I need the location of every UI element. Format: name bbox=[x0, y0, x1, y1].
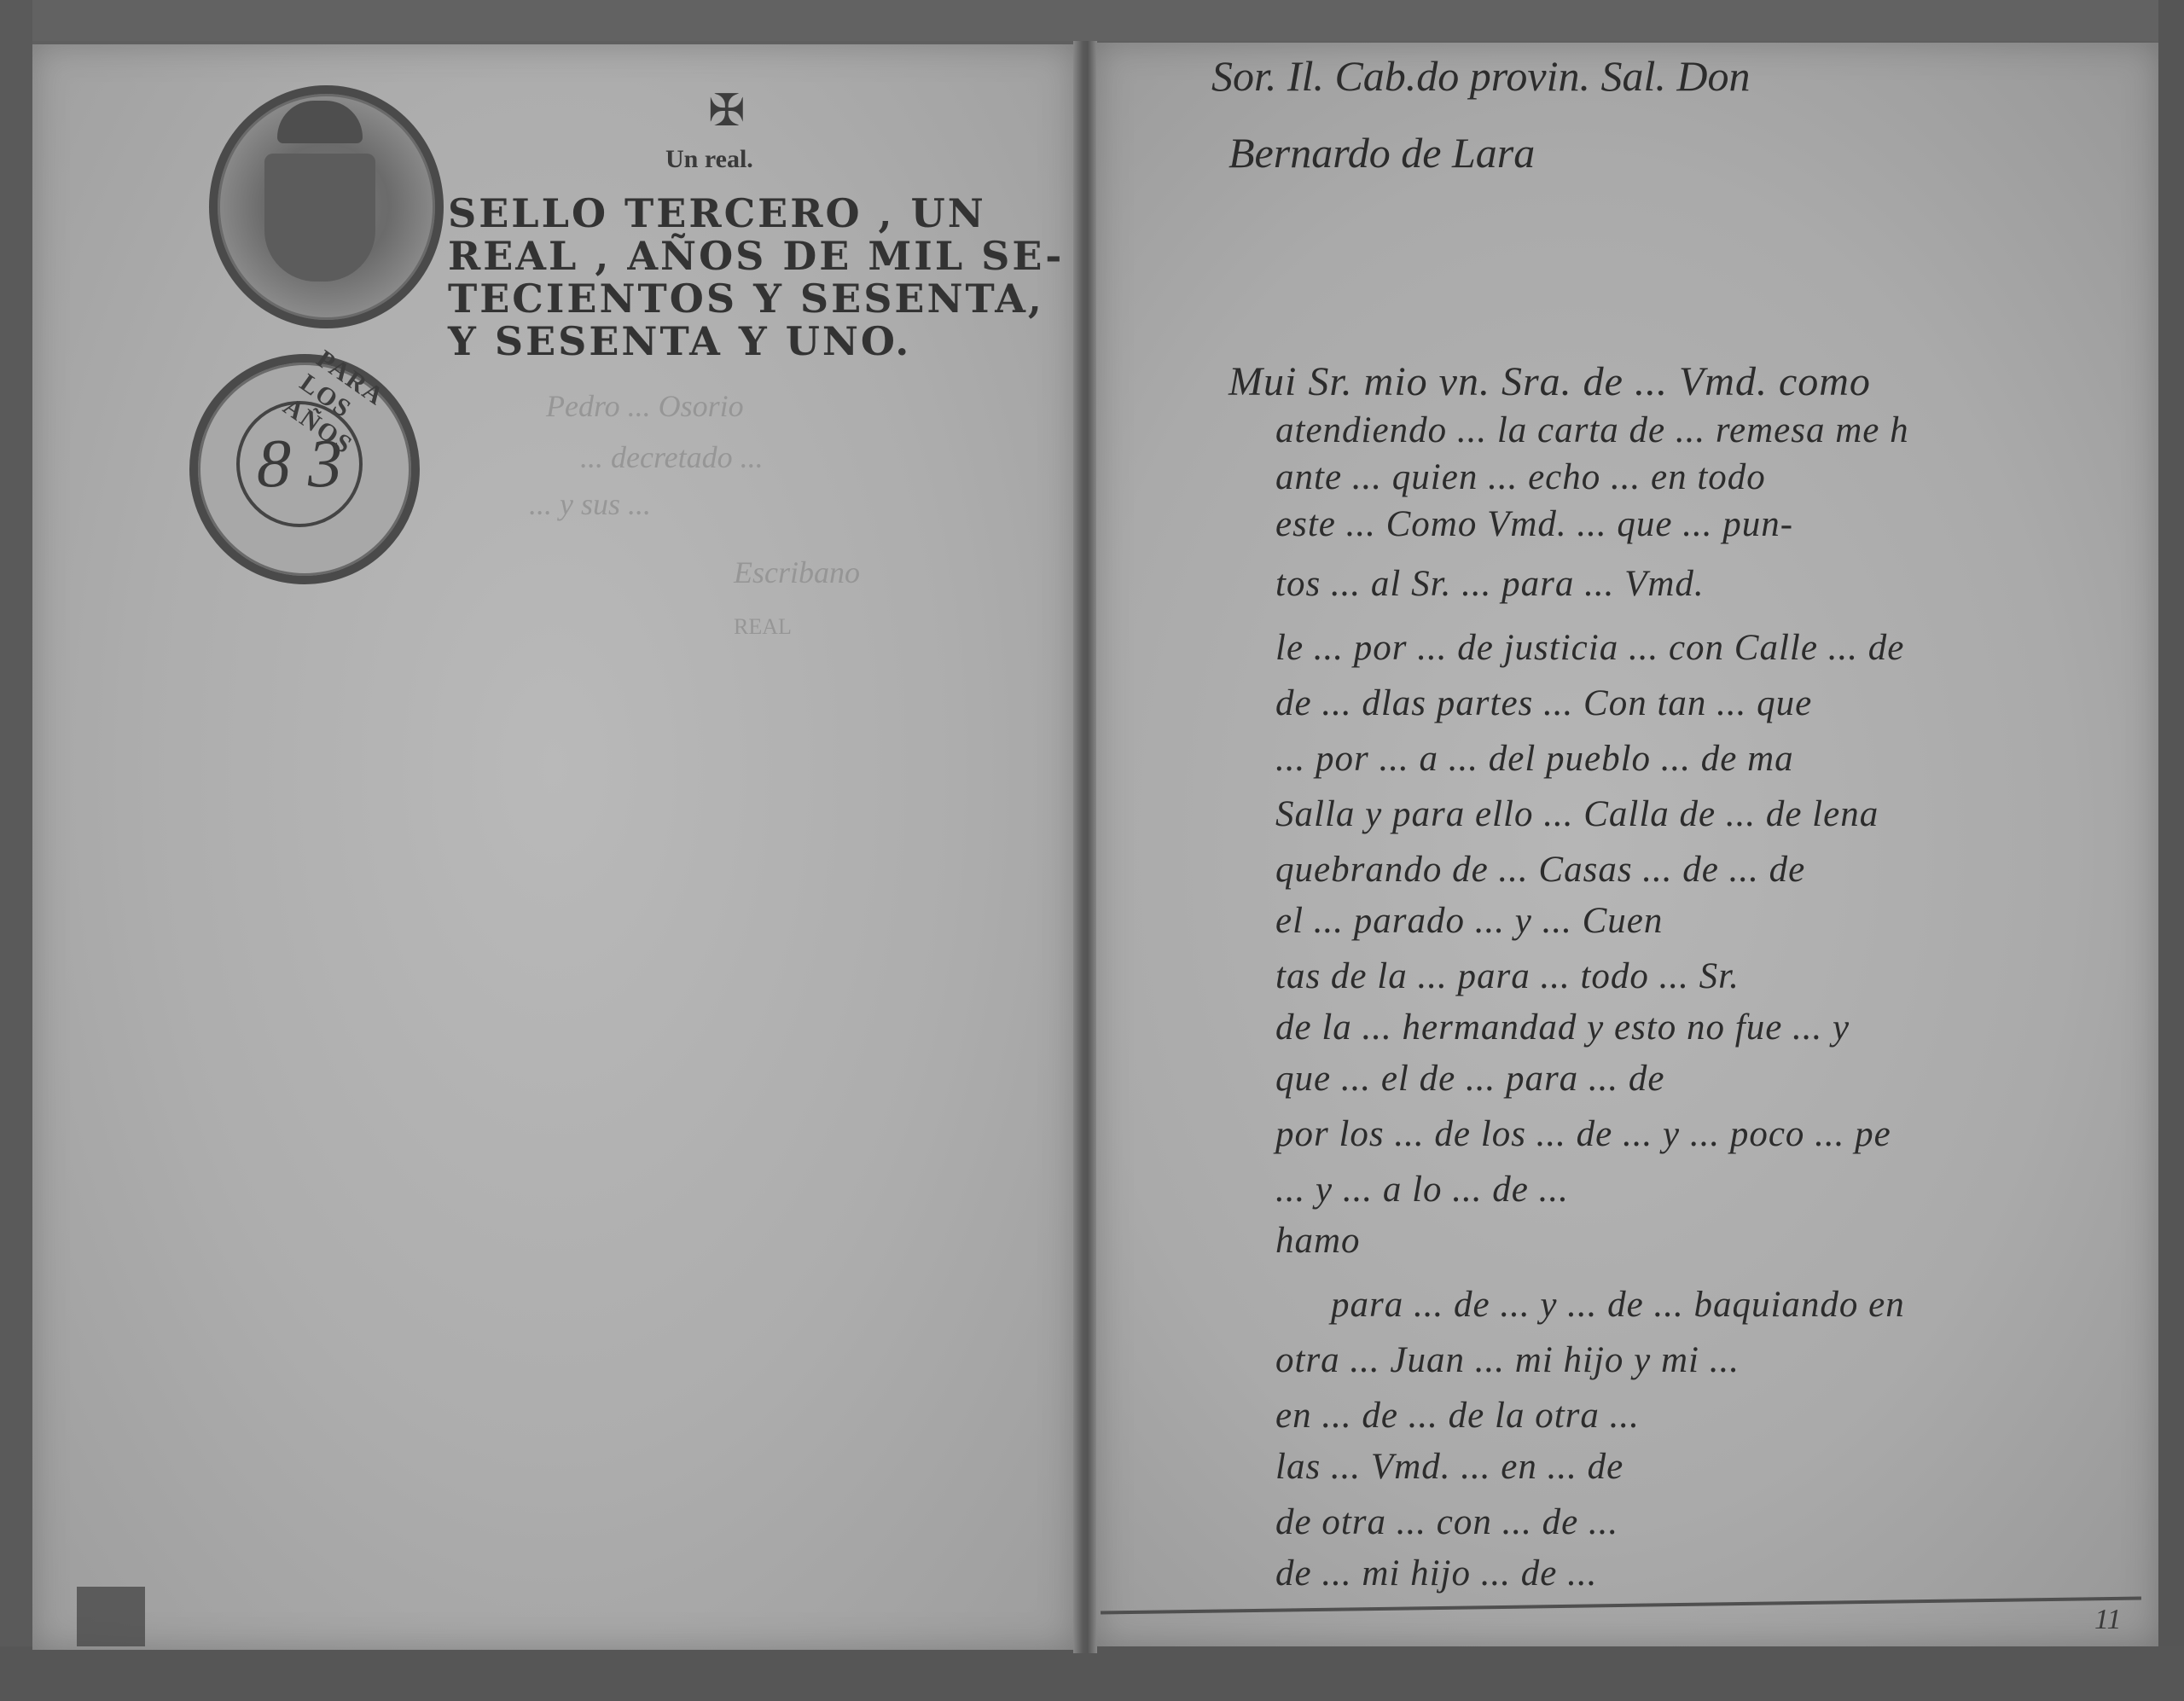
bleed-through-text: ... decretado ... bbox=[580, 439, 764, 475]
body-line: que ... el de ... para ... de bbox=[1275, 1058, 1665, 1100]
body-line: de otra ... con ... de ... bbox=[1275, 1501, 1618, 1543]
body-line: Salla y para ello ... Calla de ... de le… bbox=[1275, 793, 1879, 835]
body-line: tas de la ... para ... todo ... Sr. bbox=[1275, 955, 1740, 997]
royal-seal-icon bbox=[209, 85, 444, 328]
body-line: tos ... al Sr. ... para ... Vmd. bbox=[1275, 563, 1705, 605]
body-line: quebrando de ... Casas ... de ... de bbox=[1275, 849, 1805, 891]
body-line: de ... dlas partes ... Con tan ... que bbox=[1275, 682, 1812, 724]
scan-frame-right bbox=[2158, 0, 2184, 1701]
body-line: para ... de ... y ... de ... baquiando e… bbox=[1331, 1284, 1905, 1326]
body-line: le ... por ... de justicia ... con Calle… bbox=[1275, 627, 1904, 669]
scan-artifact bbox=[77, 1587, 145, 1646]
body-line: ... y ... a lo ... de ... bbox=[1275, 1169, 1569, 1210]
bleed-through-text: REAL bbox=[734, 614, 792, 640]
body-line: por los ... de los ... de ... y ... poco… bbox=[1275, 1113, 1891, 1155]
scan-frame-top bbox=[0, 0, 2184, 41]
body-line: otra ... Juan ... mi hijo y mi ... bbox=[1275, 1339, 1740, 1381]
cross-icon: ✠ bbox=[708, 85, 746, 136]
bleed-through-text: ... y sus ... bbox=[529, 486, 651, 522]
bleed-through-text: Escribano bbox=[734, 554, 860, 590]
bleed-through-text: Pedro ... Osorio bbox=[546, 388, 744, 424]
body-line: este ... Como Vmd. ... que ... pun- bbox=[1275, 503, 1793, 545]
body-line: atendiendo ... la carta de ... remesa me… bbox=[1275, 409, 1909, 451]
scan-frame-bottom bbox=[0, 1646, 2184, 1701]
body-line: el ... parado ... y ... Cuen bbox=[1275, 900, 1663, 942]
letter-heading: Bernardo de Lara bbox=[1228, 128, 1535, 177]
stamp-line: SELLO TERCERO , UN bbox=[448, 192, 1045, 235]
body-line: ante ... quien ... echo ... en todo bbox=[1275, 456, 1766, 498]
body-line: hamo bbox=[1275, 1220, 1361, 1262]
stamp-denomination: Un real. bbox=[665, 145, 753, 174]
body-line: ... por ... a ... del pueblo ... de ma bbox=[1275, 738, 1794, 780]
stamp-line: Y SESENTA Y UNO. bbox=[448, 320, 1045, 363]
body-line: de ... mi hijo ... de ... bbox=[1275, 1553, 1597, 1594]
body-line: las ... Vmd. ... en ... de bbox=[1275, 1446, 1623, 1488]
crown-icon bbox=[277, 101, 363, 143]
scan-frame-left bbox=[0, 0, 32, 1701]
body-line: Mui Sr. mio vn. Sra. de ... Vmd. como bbox=[1228, 358, 1871, 405]
body-line: de la ... hermandad y esto no fue ... y bbox=[1275, 1007, 1850, 1048]
letter-heading: Sor. Il. Cab.do provin. Sal. Don bbox=[1211, 51, 1751, 101]
sello-tercero-stamp-text: SELLO TERCERO , UN REAL , AÑOS DE MIL SE… bbox=[448, 192, 1045, 363]
book-gutter bbox=[1073, 41, 1097, 1653]
year-seal-icon: 8 3 PARA LOS AÑOS bbox=[189, 354, 420, 584]
body-line: en ... de ... de la otra ... bbox=[1275, 1395, 1640, 1437]
coat-of-arms-icon bbox=[264, 154, 375, 282]
page-number: 11 bbox=[2094, 1604, 2121, 1636]
stamp-line: REAL , AÑOS DE MIL SE- bbox=[448, 235, 1045, 277]
stamp-line: TECIENTOS Y SESENTA, bbox=[448, 277, 1045, 320]
